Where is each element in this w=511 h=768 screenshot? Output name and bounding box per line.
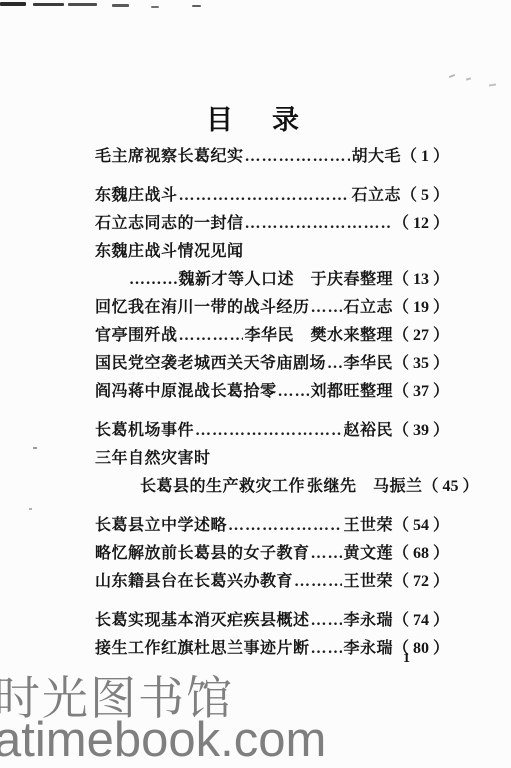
toc-entry-title: 石立志同志的一封信 xyxy=(95,214,244,233)
toc-list: 毛主席视察长葛纪实…………………………………………………………………………………… xyxy=(0,147,511,658)
toc-entry: 长葛县立中学述略……………………………………………………………………………………… xyxy=(95,516,449,535)
toc-entry-title: 官亭围歼战 xyxy=(95,326,178,345)
toc-entry-page: （ 12 ） xyxy=(393,214,449,233)
toc-entry: 山东籍县台在长葛兴办教育…………………………………………………………………………… xyxy=(95,572,449,591)
toc-entry-page: （ 68 ） xyxy=(393,544,449,563)
toc-entry: 略忆解放前长葛县的女子教育………………………………………………………………………… xyxy=(95,544,449,563)
toc-entry: 国民党空袭老城西关天爷庙剧场……………………………………………………………………… xyxy=(95,354,449,373)
toc-entry-author: 王世荣 xyxy=(343,572,393,591)
toc-entry: 三年自然灾害时 xyxy=(95,449,449,468)
toc-entry-page: （ 39 ） xyxy=(393,421,449,440)
toc-entry-title: 山东籍县台在长葛兴办教育 xyxy=(95,572,293,591)
scan-artifact-speck xyxy=(489,84,496,87)
toc-dot-leader: …………………………………………………………………………………………………………… xyxy=(311,611,343,630)
toc-entry: 毛主席视察长葛纪实…………………………………………………………………………………… xyxy=(95,147,449,166)
toc-entry-author: 黄文莲 xyxy=(343,544,393,563)
toc-dot-leader: …………………………………………………………………………………………………………… xyxy=(311,639,343,658)
toc-entry-title: 国民党空袭老城西关天爷庙剧场 xyxy=(95,354,326,373)
toc-entry-page: （ 27 ） xyxy=(393,326,449,345)
toc-entry-page: （ 37 ） xyxy=(393,382,449,401)
scan-artifact-speck xyxy=(33,447,37,449)
toc-entry: 长葛县的生产救灾工作………………………………………………………………………………… xyxy=(95,477,449,496)
toc-entry-title: 长葛县的生产救灾工作 xyxy=(140,477,305,496)
toc-dot-leader: …………………………………………………………………………………………………………… xyxy=(294,572,342,591)
toc-entry-author: 王世荣 xyxy=(343,516,393,535)
toc-entry: 官亭围歼战……………………………………………………………………………………………… xyxy=(95,326,449,345)
toc-entry-author: 刘都旺整理 xyxy=(310,382,393,401)
toc-dot-leader: …………………………………………………………………………………………………………… xyxy=(179,326,244,345)
toc-entry: 阎冯蒋中原混战长葛拾零……………………………………………………………………………… xyxy=(95,382,449,401)
toc-entry-title: 东魏庄战斗 xyxy=(95,186,178,205)
toc-dot-leader: …………………………………………………………………………………………………………… xyxy=(228,516,342,535)
scan-artifact-dash xyxy=(192,5,201,7)
toc-entry-page: （ 72 ） xyxy=(393,572,449,591)
toc-dot-leader: …………………………………………………………………………………………………………… xyxy=(195,421,342,440)
toc-entry-author: 李永瑞 xyxy=(343,611,393,630)
toc-entry-page: （ 35 ） xyxy=(393,354,449,373)
toc-entry-page: （ 13 ） xyxy=(393,270,449,289)
toc-entry-title: ………魏新才等人口述 于庆春整理 xyxy=(129,270,393,289)
toc-entry: 接生工作红旗杜思兰事迹片断………………………………………………………………………… xyxy=(95,639,449,658)
toc-entry-author: 石立志 xyxy=(343,298,393,317)
toc-entry: 回忆我在洧川一带的战斗经历………………………………………………………………………… xyxy=(95,298,449,317)
scanned-toc-page: 目 录 毛主席视察长葛纪实………………………………………………………………………… xyxy=(0,0,511,768)
toc-dot-leader: …………………………………………………………………………………………………………… xyxy=(245,214,392,233)
toc-entry-title: 长葛实现基本消灭疟疾县概述 xyxy=(95,611,310,630)
scan-artifact-dash xyxy=(33,3,64,6)
toc-entry-page: （ 1 ） xyxy=(401,147,449,166)
scan-artifact-speck xyxy=(29,508,32,510)
toc-entry: 东魏庄战斗情况见闻 xyxy=(95,242,449,261)
toc-entry-title: 长葛县立中学述略 xyxy=(95,516,227,535)
scan-artifact-speck xyxy=(449,74,455,78)
toc-entry-author: 张继先 马振兰 xyxy=(307,477,423,496)
page-title: 目 录 xyxy=(0,103,511,137)
scan-artifact-dash xyxy=(112,4,129,7)
toc-entry-page: （ 54 ） xyxy=(393,516,449,535)
toc-dot-leader: …………………………………………………………………………………………………………… xyxy=(179,186,351,205)
toc-entry-page: （ 74 ） xyxy=(393,611,449,630)
toc-entry: 长葛机场事件…………………………………………………………………………………………… xyxy=(95,421,449,440)
toc-entry-title: 长葛机场事件 xyxy=(95,421,194,440)
toc-dot-leader: …………………………………………………………………………………………………………… xyxy=(311,298,343,317)
toc-entry-page: （ 19 ） xyxy=(393,298,449,317)
toc-entry-author: 胡大毛 xyxy=(351,147,401,166)
page-number: 1 xyxy=(403,651,410,667)
scan-artifact-dash xyxy=(151,6,159,8)
toc-entry-author: 李永瑞 xyxy=(343,639,393,658)
toc-entry-title: 阎冯蒋中原混战长葛拾零 xyxy=(95,382,277,401)
scan-artifact-dash xyxy=(0,2,26,6)
watermark-site-url: atimebook.com xyxy=(0,712,326,768)
toc-dot-leader: …………………………………………………………………………………………………………… xyxy=(245,147,351,166)
toc-dot-leader: …………………………………………………………………………………………………………… xyxy=(311,544,343,563)
toc-entry-page: （ 45 ） xyxy=(423,477,479,496)
toc-entry-title: 回忆我在洧川一带的战斗经历 xyxy=(95,298,310,317)
toc-entry: 石立志同志的一封信…………………………………………………………………………………… xyxy=(95,214,449,233)
toc-entry-author: 石立志 xyxy=(351,186,401,205)
toc-entry-title: 三年自然灾害时 xyxy=(95,449,211,468)
toc-entry-title: 毛主席视察长葛纪实 xyxy=(95,147,244,166)
toc-entry-author: 李华民 xyxy=(343,354,393,373)
toc-entry-author: 赵裕民 xyxy=(343,421,393,440)
toc-entry: ………魏新才等人口述 于庆春整理（ 13 ） xyxy=(95,270,449,289)
toc-entry-page: （ 5 ） xyxy=(401,186,449,205)
toc-entry: 长葛实现基本消灭疟疾县概述………………………………………………………………………… xyxy=(95,611,449,630)
toc-entry-author: 李华民 樊水来整理 xyxy=(244,326,393,345)
scan-artifact-dash xyxy=(68,3,97,6)
toc-entry: 东魏庄战斗……………………………………………………………………………………………… xyxy=(95,186,449,205)
toc-dot-leader: …………………………………………………………………………………………………………… xyxy=(327,354,342,373)
toc-entry-page: （ 80 ） xyxy=(393,639,449,658)
toc-entry-title: 略忆解放前长葛县的女子教育 xyxy=(95,544,310,563)
toc-entry-title: 接生工作红旗杜思兰事迹片断 xyxy=(95,639,310,658)
toc-dot-leader: …………………………………………………………………………………………………………… xyxy=(278,382,310,401)
scan-artifact-speck xyxy=(466,77,471,80)
toc-entry-title: 东魏庄战斗情况见闻 xyxy=(95,242,244,261)
